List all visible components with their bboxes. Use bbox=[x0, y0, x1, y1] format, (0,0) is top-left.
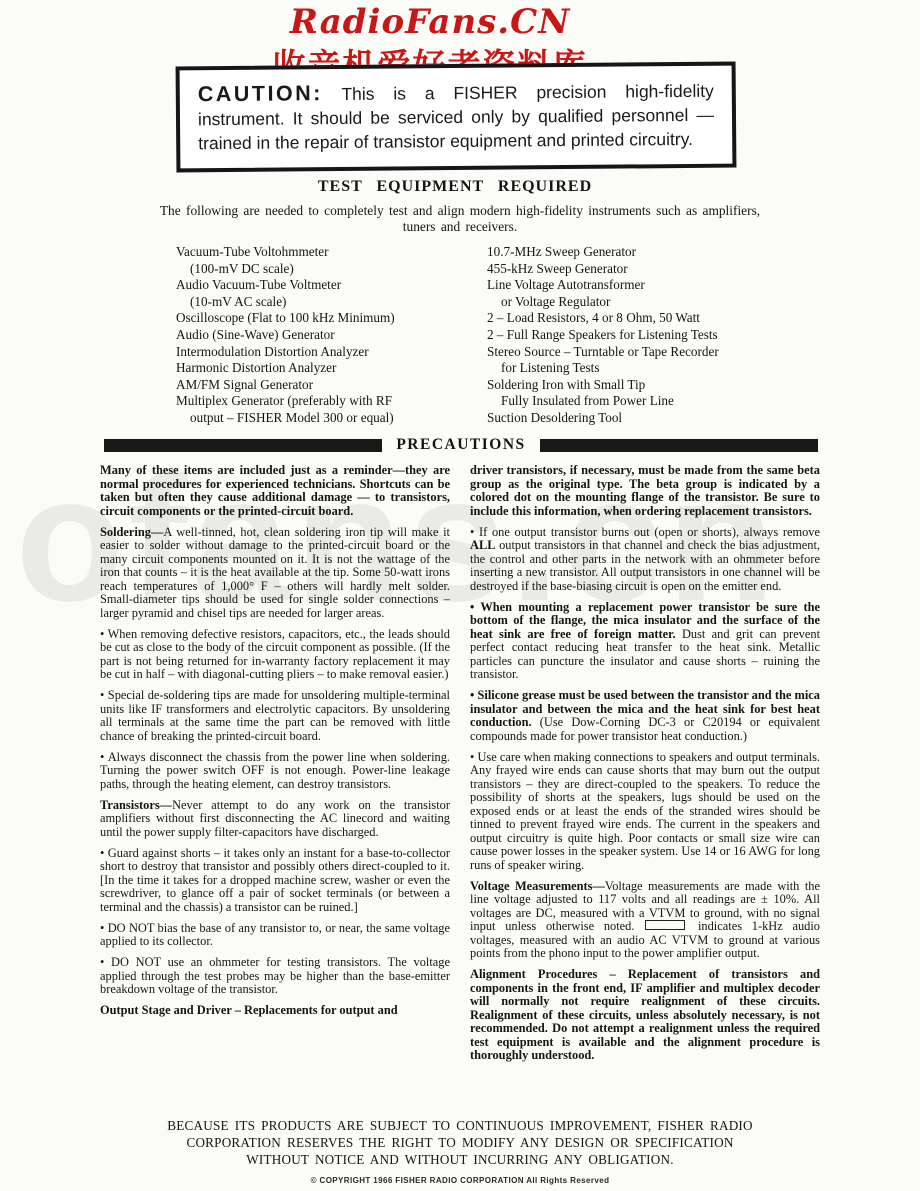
paragraph-lead: Alignment Procedures – Replacement of tr… bbox=[470, 967, 820, 1062]
paragraph-lead: Many of these items are included just as… bbox=[100, 463, 450, 518]
precaution-paragraph: Output Stage and Driver – Replacements f… bbox=[100, 1004, 450, 1018]
footer-copyright: © COPYRIGHT 1966 FISHER RADIO CORPORATIO… bbox=[0, 1176, 920, 1185]
paragraph-lead: Soldering— bbox=[100, 525, 163, 539]
equipment-item-line: AM/FM Signal Generator bbox=[176, 377, 313, 392]
equipment-item-line: Fully Insulated from Power Line bbox=[487, 393, 674, 410]
caution-box: CAUTION: This is a FISHER precision high… bbox=[176, 62, 737, 173]
equipment-list-left: Vacuum-Tube Voltohmmeter(100-mV DC scale… bbox=[176, 244, 476, 427]
equipment-item-line: Audio (Sine-Wave) Generator bbox=[176, 327, 335, 342]
header-rule-right bbox=[540, 439, 818, 452]
equipment-item: 2 – Full Range Speakers for Listening Te… bbox=[487, 327, 807, 344]
equipment-item-line: (100-mV DC scale) bbox=[176, 261, 294, 278]
equipment-item-line: Suction Desoldering Tool bbox=[487, 410, 622, 425]
equipment-item-line: 455-kHz Sweep Generator bbox=[487, 261, 628, 276]
equipment-item: Soldering Iron with Small TipFully Insul… bbox=[487, 377, 807, 410]
paragraph-text: • DO NOT bias the base of any transistor… bbox=[100, 921, 450, 949]
equipment-item: Audio (Sine-Wave) Generator bbox=[176, 327, 476, 344]
equipment-item: 10.7-MHz Sweep Generator bbox=[487, 244, 807, 261]
equipment-item: AM/FM Signal Generator bbox=[176, 377, 476, 394]
equipment-item-line: Line Voltage Autotransformer bbox=[487, 277, 645, 292]
paragraph-lead: Output Stage and Driver – Replacements f… bbox=[100, 1003, 398, 1017]
site-title: RadioFans.CN bbox=[0, 2, 860, 42]
precaution-paragraph: Transistors—Never attempt to do any work… bbox=[100, 799, 450, 840]
paragraph-text: • DO NOT use an ohmmeter for testing tra… bbox=[100, 955, 450, 996]
equipment-item: Multiplex Generator (preferably with RFo… bbox=[176, 393, 476, 426]
precaution-paragraph: • Guard against shorts – it takes only a… bbox=[100, 847, 450, 915]
equipment-item: Audio Vacuum-Tube Voltmeter(10-mV AC sca… bbox=[176, 277, 476, 310]
paragraph-text: A well-tinned, hot, clean soldering iron… bbox=[100, 525, 450, 620]
paragraph-text: output transistors in that channel and c… bbox=[470, 538, 820, 593]
test-equipment-intro: The following are needed to completely t… bbox=[150, 203, 770, 235]
equipment-item-line: or Voltage Regulator bbox=[487, 294, 610, 311]
precaution-paragraph: Many of these items are included just as… bbox=[100, 464, 450, 518]
paragraph-lead: driver transistors, if necessary, must b… bbox=[470, 463, 820, 518]
precaution-paragraph: driver transistors, if necessary, must b… bbox=[470, 464, 820, 518]
precaution-paragraph: • Always disconnect the chassis from the… bbox=[100, 751, 450, 792]
equipment-item-line: Harmonic Distortion Analyzer bbox=[176, 360, 336, 375]
precaution-paragraph: • Silicone grease must be used between t… bbox=[470, 689, 820, 743]
paragraph-text: • Use care when making connections to sp… bbox=[470, 750, 820, 872]
caution-label: CAUTION: bbox=[198, 81, 323, 106]
equipment-item-line: Soldering Iron with Small Tip bbox=[487, 377, 645, 392]
precautions-column-right: driver transistors, if necessary, must b… bbox=[470, 464, 820, 1070]
section-title-test-equipment: TEST EQUIPMENT REQUIRED bbox=[0, 178, 910, 196]
precaution-paragraph: • DO NOT use an ohmmeter for testing tra… bbox=[100, 956, 450, 997]
equipment-item: Harmonic Distortion Analyzer bbox=[176, 360, 476, 377]
equipment-item-line: Multiplex Generator (preferably with RF bbox=[176, 393, 392, 408]
equipment-item-line: output – FISHER Model 300 or equal) bbox=[176, 410, 394, 427]
precaution-paragraph: • If one output transistor burns out (op… bbox=[470, 526, 820, 594]
precautions-column-left: Many of these items are included just as… bbox=[100, 464, 450, 1025]
equipment-item-line: 10.7-MHz Sweep Generator bbox=[487, 244, 636, 259]
equipment-item-line: Audio Vacuum-Tube Voltmeter bbox=[176, 277, 341, 292]
footer-notice: BECAUSE ITS PRODUCTS ARE SUBJECT TO CONT… bbox=[160, 1117, 760, 1168]
voltage-box-symbol bbox=[645, 920, 685, 930]
equipment-item: Intermodulation Distortion Analyzer bbox=[176, 344, 476, 361]
precaution-paragraph: Alignment Procedures – Replacement of tr… bbox=[470, 968, 820, 1063]
equipment-item: Suction Desoldering Tool bbox=[487, 410, 807, 427]
section-title-precautions: PRECAUTIONS bbox=[396, 436, 525, 454]
equipment-item: 455-kHz Sweep Generator bbox=[487, 261, 807, 278]
equipment-item-line: Stereo Source – Turntable or Tape Record… bbox=[487, 344, 719, 359]
paragraph-lead: Voltage Measurements— bbox=[470, 879, 605, 893]
precaution-paragraph: • DO NOT bias the base of any transistor… bbox=[100, 922, 450, 949]
paragraph-text: • Guard against shorts – it takes only a… bbox=[100, 846, 450, 914]
paragraph-emphasis: ALL bbox=[470, 538, 495, 552]
paragraph-text: • If one output transistor burns out (op… bbox=[470, 525, 820, 539]
paragraph-text: • When removing defective resistors, cap… bbox=[100, 627, 450, 682]
equipment-item-line: Vacuum-Tube Voltohmmeter bbox=[176, 244, 329, 259]
equipment-item: Vacuum-Tube Voltohmmeter(100-mV DC scale… bbox=[176, 244, 476, 277]
paragraph-lead: Transistors— bbox=[100, 798, 172, 812]
precaution-paragraph: Soldering—A well-tinned, hot, clean sold… bbox=[100, 526, 450, 621]
document-page: iofans.cn RadioFans.CN 收音机爱好者资料库 CAUTION… bbox=[0, 0, 920, 1191]
precaution-paragraph: Voltage Measurements—Voltage measurement… bbox=[470, 880, 820, 961]
precautions-header: PRECAUTIONS bbox=[104, 436, 818, 454]
equipment-item: Oscilloscope (Flat to 100 kHz Minimum) bbox=[176, 310, 476, 327]
equipment-item-line: (10-mV AC scale) bbox=[176, 294, 286, 311]
paragraph-text: • Always disconnect the chassis from the… bbox=[100, 750, 450, 791]
precaution-paragraph: • Use care when making connections to sp… bbox=[470, 751, 820, 873]
precaution-paragraph: • When removing defective resistors, cap… bbox=[100, 628, 450, 682]
equipment-item-line: Intermodulation Distortion Analyzer bbox=[176, 344, 369, 359]
equipment-item-line: 2 – Full Range Speakers for Listening Te… bbox=[487, 327, 718, 342]
precaution-paragraph: • Special de-soldering tips are made for… bbox=[100, 689, 450, 743]
equipment-item-line: for Listening Tests bbox=[487, 360, 599, 377]
precaution-paragraph: • When mounting a replacement power tran… bbox=[470, 601, 820, 682]
equipment-item: 2 – Load Resistors, 4 or 8 Ohm, 50 Watt bbox=[487, 310, 807, 327]
equipment-list-right: 10.7-MHz Sweep Generator 455-kHz Sweep G… bbox=[487, 244, 807, 427]
equipment-item-line: 2 – Load Resistors, 4 or 8 Ohm, 50 Watt bbox=[487, 310, 700, 325]
paragraph-text: • Special de-soldering tips are made for… bbox=[100, 688, 450, 743]
equipment-item: Line Voltage Autotransformeror Voltage R… bbox=[487, 277, 807, 310]
equipment-item: Stereo Source – Turntable or Tape Record… bbox=[487, 344, 807, 377]
equipment-item-line: Oscilloscope (Flat to 100 kHz Minimum) bbox=[176, 310, 395, 325]
header-rule-left bbox=[104, 439, 382, 452]
